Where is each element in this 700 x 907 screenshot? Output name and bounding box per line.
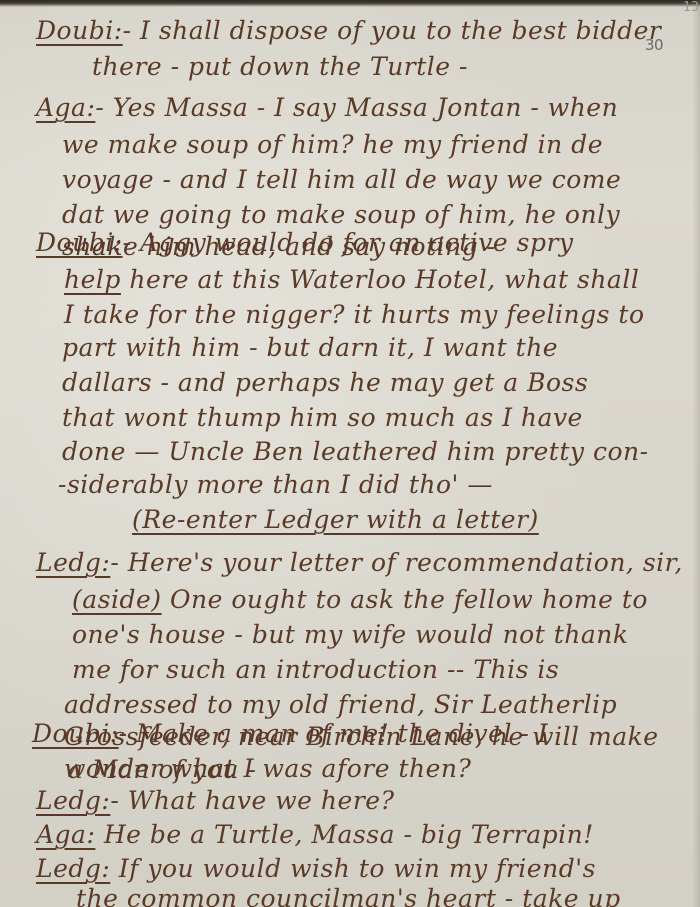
speaker-label: Doubi: [36,16,123,45]
script-line: help here at this Waterloo Hotel, what s… [64,265,639,294]
script-line: me for such an introduction -- This is [72,655,559,684]
line-text: - Make a man of me! the divel - I [119,719,549,748]
line-text: one's house - but my wife would not than… [72,620,629,649]
line-text: there - put down the Turtle - [92,52,468,81]
emphasized-word: help [64,265,121,294]
script-line: done — Uncle Ben leathered him pretty co… [62,437,649,466]
script-line: there - put down the Turtle - [92,52,468,81]
line-text: dallars - and perhaps he may get a Boss [62,368,588,397]
speaker-label: Aga: [36,820,95,849]
script-line: Ledg:- Here's your letter of recommendat… [36,548,683,577]
stage-direction-line: (Re-enter Ledger with a letter) [132,505,539,534]
script-line: one's house - but my wife would not than… [72,620,629,649]
line-text: me for such an introduction -- This is [72,655,559,684]
stage-direction: (Re-enter Ledger with a letter) [132,505,539,534]
script-line: we make soup of him? he my friend in de [62,130,603,159]
speaker-label: Doubi: [36,228,123,257]
speaker-label: Aga: [36,93,95,122]
aside-marker: (aside) [72,585,162,614]
script-line: Aga: He be a Turtle, Massa - big Terrapi… [36,820,594,849]
speaker-label: Ledg: [36,548,110,577]
line-text: If you would wish to win my friend's [110,854,596,883]
script-line: Aga:- Yes Massa - I say Massa Jontan - w… [36,93,618,122]
script-line: dat we going to make soup of him, he onl… [62,200,620,229]
line-text: here at this Waterloo Hotel, what shall [121,265,639,294]
line-text: addressed to my old friend, Sir Leatherl… [64,690,617,719]
page-top-shadow [0,0,700,7]
page-right-edge [692,0,700,907]
line-text: dat we going to make soup of him, he onl… [62,200,620,229]
line-text: we make soup of him? he my friend in de [62,130,603,159]
script-line: Ledg: If you would wish to win my friend… [36,854,596,883]
script-line: -siderably more than I did tho' — [58,470,493,499]
speaker-label: Doubi: [32,719,119,748]
script-line: wonder what I was afore then? [64,754,471,783]
line-text: I take for the nigger? it hurts my feeli… [64,300,645,329]
line-text: done — Uncle Ben leathered him pretty co… [62,437,649,466]
script-line: dallars - and perhaps he may get a Boss [62,368,588,397]
speaker-label: Ledg: [36,854,110,883]
line-text: One ought to ask the fellow home to [162,585,648,614]
script-line: addressed to my old friend, Sir Leatherl… [64,690,617,719]
script-line: I take for the nigger? it hurts my feeli… [64,300,645,329]
line-text: the common councilman's heart - take up [76,884,621,907]
line-text: - I shall dispose of you to the best bid… [123,16,662,45]
line-text: voyage - and I tell him all de way we co… [62,165,621,194]
corner-folio-number: 13 [683,0,699,15]
speaker-label: Ledg: [36,786,110,815]
script-line: voyage - and I tell him all de way we co… [62,165,621,194]
line-text: that wont thump him so much as I have [62,403,583,432]
script-line: that wont thump him so much as I have [62,403,583,432]
line-text: - What have we here? [110,786,394,815]
script-line: Doubi:- Aggy would do for an active spry [36,228,574,257]
line-text: - Yes Massa - I say Massa Jontan - when [95,93,618,122]
script-line: part with him - but darn it, I want the [62,333,558,362]
script-line: the common councilman's heart - take up [76,884,621,907]
line-text: -siderably more than I did tho' — [58,470,493,499]
line-text: wonder what I was afore then? [64,754,471,783]
script-line: Ledg:- What have we here? [36,786,394,815]
script-line: Doubi:- I shall dispose of you to the be… [36,16,661,45]
line-text: - Aggy would do for an active spry [123,228,574,257]
script-line: Doubi:- Make a man of me! the divel - I [32,719,548,748]
line-text: - Here's your letter of recommendation, … [110,548,682,577]
script-line: (aside) One ought to ask the fellow home… [72,585,648,614]
line-text: He be a Turtle, Massa - big Terrapin! [95,820,593,849]
line-text: part with him - but darn it, I want the [62,333,558,362]
